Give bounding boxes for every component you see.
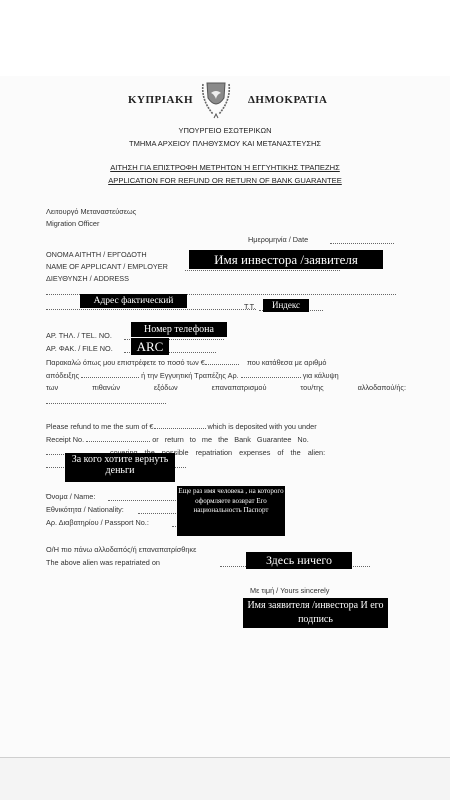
paragraph-greek-line-1: Παρακαλώ όπως μου επιστρέφετε το ποσό τω… bbox=[46, 357, 326, 367]
header-right-word: ΔΗΜΟΚΡΑΤΙΑ bbox=[248, 94, 328, 106]
annotation-alien-details: Еще раз имя человека , на которого оформ… bbox=[177, 486, 285, 536]
date-field[interactable] bbox=[330, 236, 394, 244]
nationality-label: Εθνικότητα / Nationality: bbox=[46, 505, 124, 514]
annotation-applicant-name: Имя инвестора /заявителя bbox=[189, 250, 383, 269]
addressee-greek: Λειτουργό Μεταναστεύσεως bbox=[46, 207, 136, 216]
form-title-greek: ΑΙΤΗΣΗ ΓΙΑ ΕΠΙΣΤΡΟΦΗ ΜΕΤΡΗΤΩΝ Ή ΕΓΓΥΗΤΙΚ… bbox=[0, 163, 450, 172]
address-label: ΔΙΕΥΘΥΝΣΗ / ADDRESS bbox=[46, 274, 129, 283]
ministry-name: ΥΠΟΥΡΓΕΙΟ ΕΣΩΤΕΡΙΚΩΝ bbox=[0, 126, 450, 135]
annotation-phone: Номер телефона bbox=[131, 322, 227, 337]
repatriated-label-greek: Ο/Η πιο πάνω αλλοδαπός/ή επαναπατρίσθηκε bbox=[46, 545, 196, 554]
repatriated-label-english: The above alien was repatriated on bbox=[46, 558, 160, 567]
department-name: ΤΜΗΜΑ ΑΡΧΕΙΟΥ ΠΛΗΘΥΣΜΟΥ ΚΑΙ ΜΕΤΑΝΑΣΤΕΥΣΗ… bbox=[0, 139, 450, 148]
paragraph-english-line-2: Receipt No. or return to me the Bank Gua… bbox=[46, 434, 309, 444]
paragraph-greek-line-2: απόδειξης ή την Εγγυητική Τραπέζης Αρ. γ… bbox=[46, 370, 339, 380]
name-field[interactable] bbox=[108, 493, 178, 501]
annotation-postcode: Индекс bbox=[263, 299, 309, 312]
file-label: ΑΡ. ΦΑΚ. / FILE NO. bbox=[46, 344, 113, 353]
annotation-signature: Имя заявителя /инвестора И его подпись bbox=[243, 598, 388, 628]
paragraph-english-line-1: Please refund to me the sum of € which i… bbox=[46, 421, 317, 431]
name-label: Όνομα / Name: bbox=[46, 492, 95, 501]
postcode-label: Τ.Τ. bbox=[244, 302, 255, 311]
addressee-english: Migration Officer bbox=[46, 219, 99, 228]
alien-greek-field[interactable] bbox=[46, 396, 166, 404]
form-title-english: APPLICATION FOR REFUND OR RETURN OF BANK… bbox=[0, 176, 450, 185]
annotation-file-no: ARC bbox=[131, 338, 169, 355]
header-left-word: ΚΥΠΡΙΑΚΗ bbox=[128, 94, 193, 106]
nationality-field[interactable] bbox=[138, 506, 178, 514]
applicant-label-english: NAME OF APPLICANT / EMPLOYER bbox=[46, 262, 168, 271]
date-label: Ημερομηνία / Date bbox=[248, 235, 308, 244]
annotation-address: Адрес фактический bbox=[80, 294, 187, 308]
annotation-repatriated: Здесь ничего bbox=[246, 552, 352, 569]
top-margin bbox=[0, 0, 450, 76]
paragraph-greek-line-3: τωνπιθανώνεξόδωνεπαναπατρισμούτου/τηςαλλ… bbox=[46, 383, 406, 392]
document-page: ΚΥΠΡΙΑΚΗ ΔΗΜΟΚΡΑΤΙΑ ΥΠΟΥΡΓΕΙΟ ΕΣΩΤΕΡΙΚΩΝ… bbox=[0, 76, 450, 758]
closing-text: Με τιμή / Yours sincerely bbox=[250, 586, 329, 595]
annotation-alien: За кого хотите вернуть деньги bbox=[65, 453, 175, 482]
passport-label: Αρ. Διαβατηρίου / Passport No.: bbox=[46, 518, 149, 527]
cyprus-coat-of-arms-icon bbox=[200, 80, 232, 124]
applicant-label-greek: ΟΝΟΜΑ ΑΙΤΗΤΗ / ΕΡΓΟΔΟΤΗ bbox=[46, 250, 147, 259]
tel-label: ΑΡ. ΤΗΛ. / TEL. NO. bbox=[46, 331, 112, 340]
